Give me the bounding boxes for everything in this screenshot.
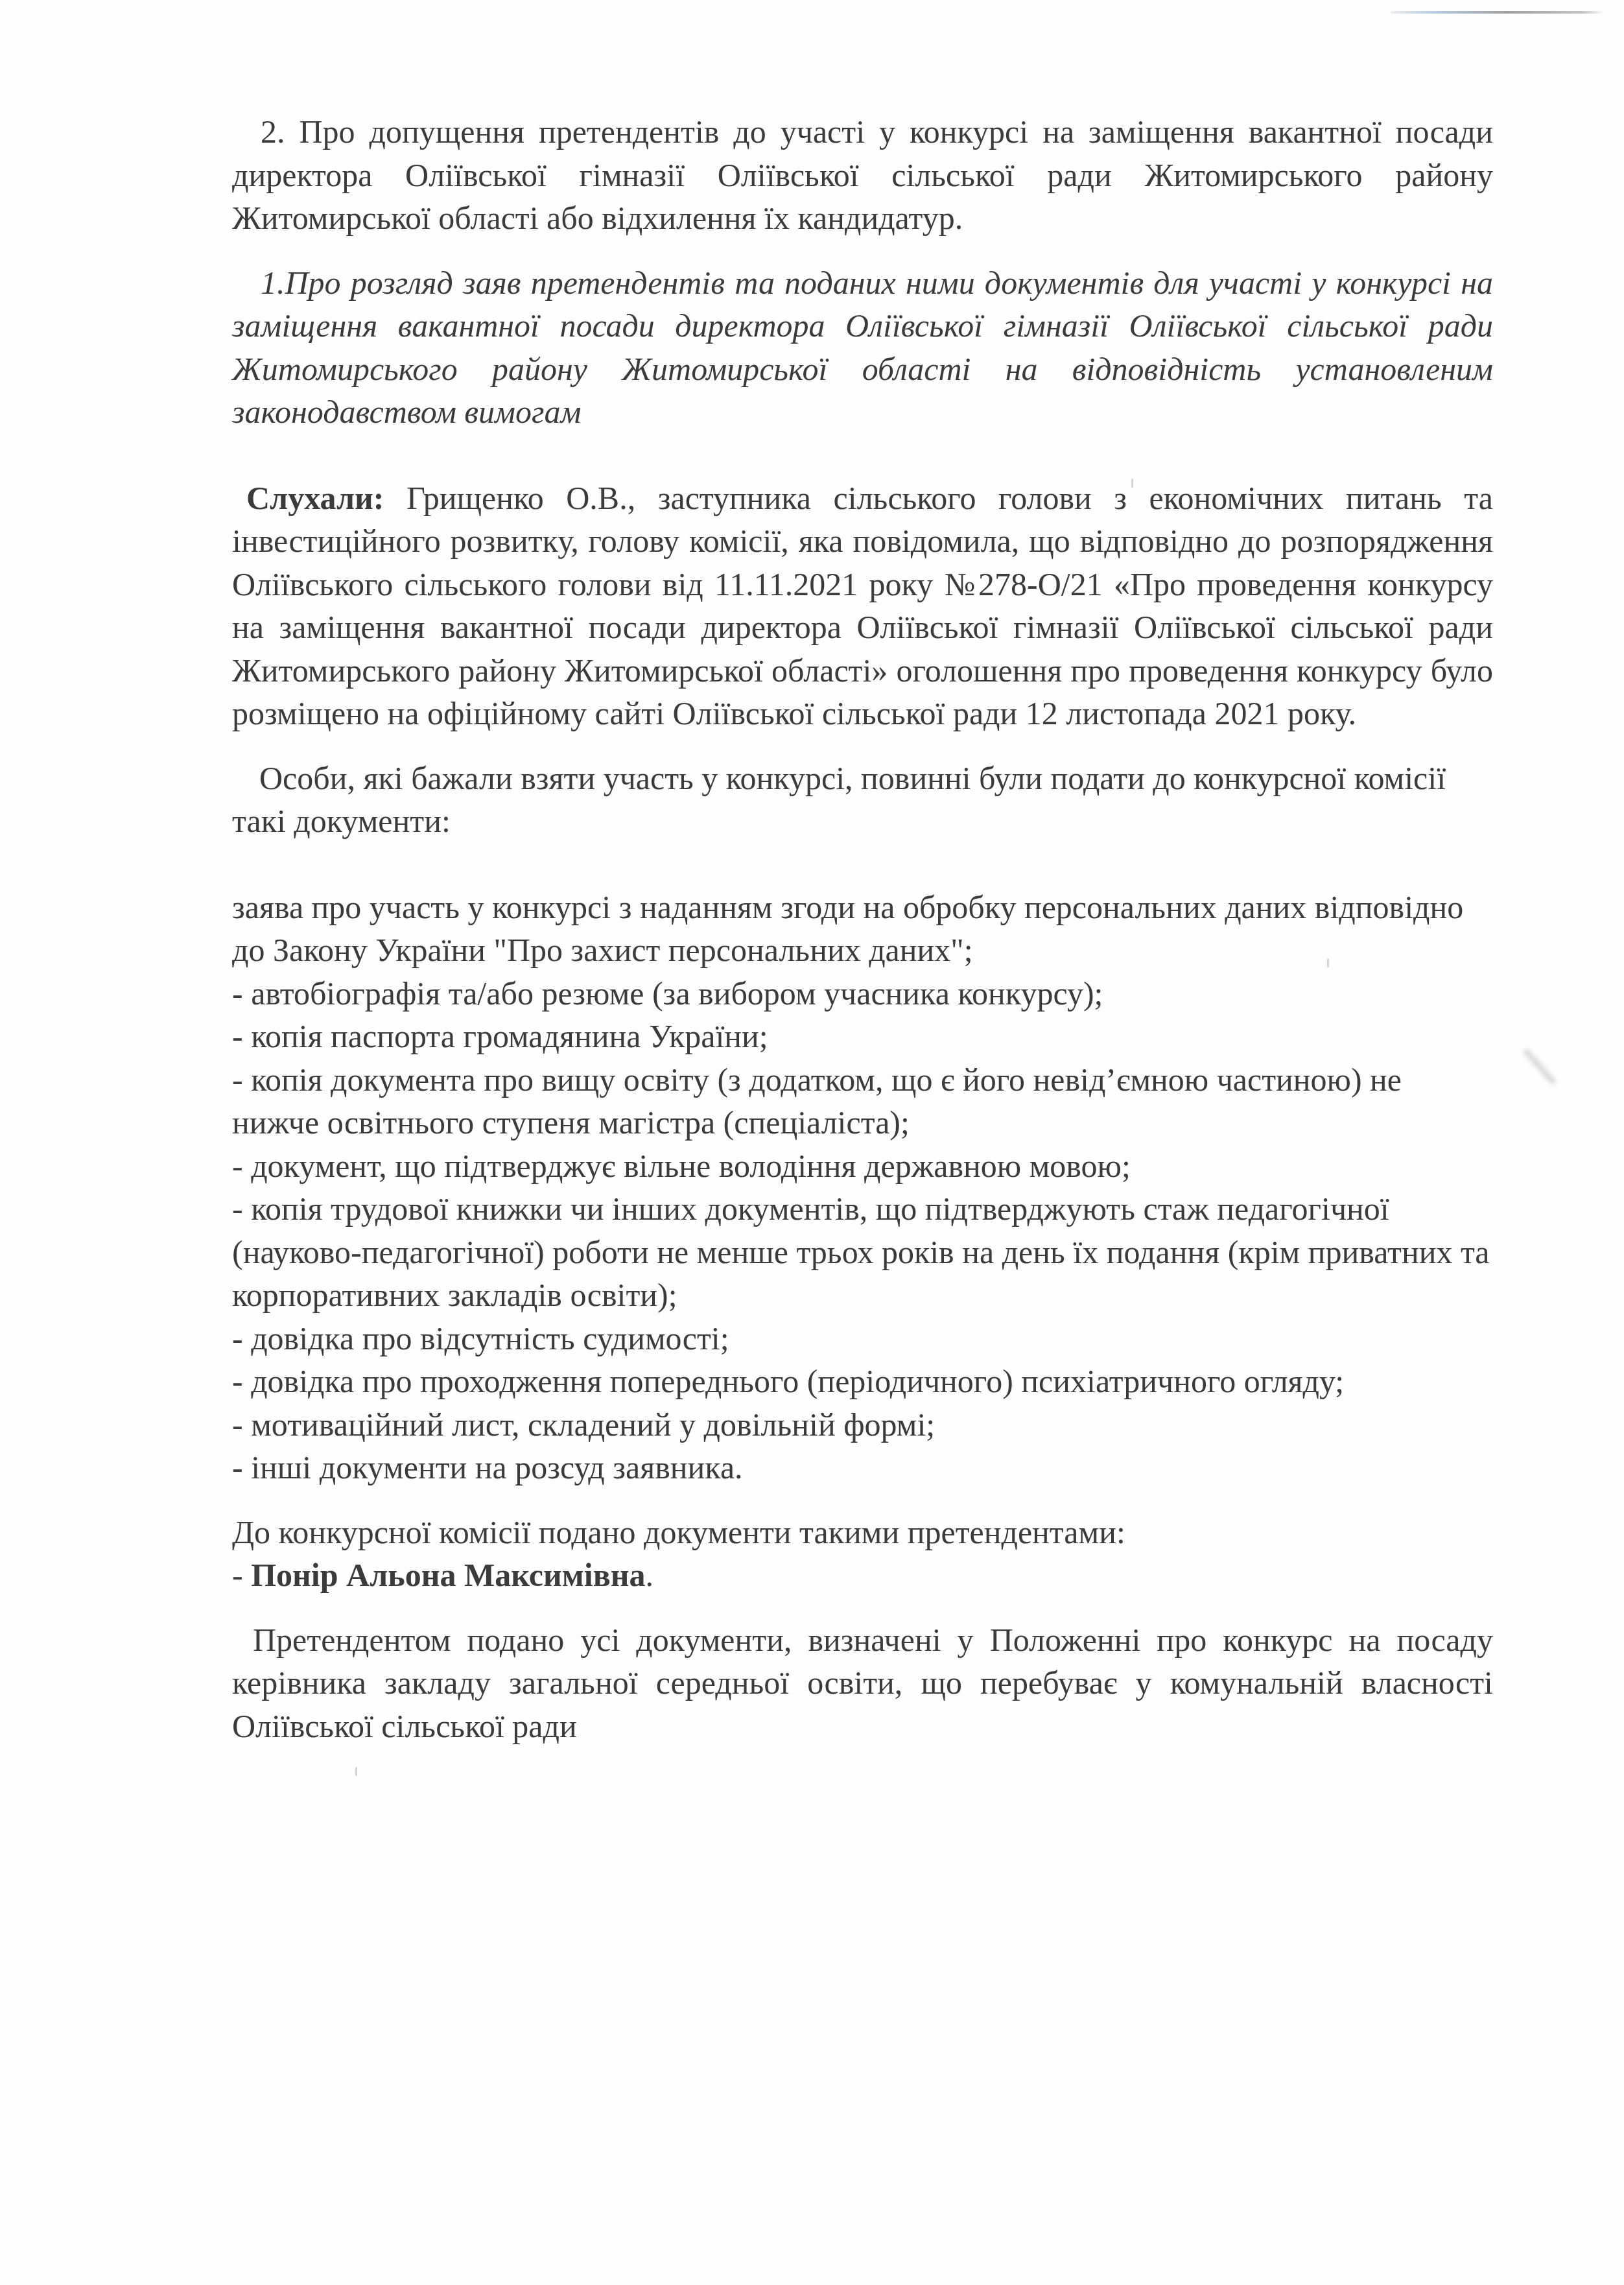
- requirement-item: - довідка про відсутність судимості;: [232, 1317, 1493, 1360]
- applicants-intro: До конкурсної комісії подано документи т…: [232, 1511, 1493, 1554]
- scan-artifact-smudge: [1522, 1048, 1557, 1086]
- spacer: [232, 735, 1493, 757]
- spacer: [232, 434, 1493, 477]
- requirement-item: - копія трудової книжки чи інших докумен…: [232, 1187, 1493, 1317]
- requirement-item: - мотиваційний лист, складений у довільн…: [232, 1403, 1493, 1447]
- requirement-item: - документ, що підтверджує вільне володі…: [232, 1144, 1493, 1188]
- document-body: 2. Про допущення претендентів до участі …: [232, 110, 1493, 1747]
- scan-artifact-line: [1391, 11, 1605, 14]
- agenda-item-1: 1.Про розгляд заяв претендентів та подан…: [232, 261, 1493, 434]
- spacer: [232, 1489, 1493, 1511]
- conclusion-paragraph: Претендентом подано усі документи, визна…: [232, 1618, 1493, 1748]
- heard-paragraph: Слухали: Грищенко О.В., заступника сільс…: [232, 477, 1493, 735]
- agenda-item-2: 2. Про допущення претендентів до участі …: [232, 110, 1493, 240]
- heard-label: Слухали:: [246, 480, 384, 516]
- spacer: [232, 240, 1493, 261]
- applicant-item: - Понір Альона Максимівна.: [232, 1554, 1493, 1597]
- requirement-item: - копія документа про вищу освіту (з дод…: [232, 1058, 1493, 1144]
- applicant-prefix: -: [232, 1557, 251, 1593]
- scan-artifact-dot: [355, 1767, 357, 1776]
- requirements-list: заява про участь у конкурсі з наданням з…: [232, 886, 1493, 1489]
- requirements-intro: Особи, які бажали взяти участь у конкурс…: [232, 757, 1493, 843]
- requirement-item: заява про участь у конкурсі з наданням з…: [232, 886, 1493, 972]
- requirement-item: - копія паспорта громадянина України;: [232, 1015, 1493, 1058]
- heard-text: Грищенко О.В., заступника сільського гол…: [232, 480, 1493, 732]
- requirement-item: - інші документи на розсуд заявника.: [232, 1446, 1493, 1489]
- spacer: [232, 1597, 1493, 1618]
- applicant-name: Понір Альона Максимівна: [251, 1557, 645, 1593]
- spacer: [232, 843, 1493, 886]
- requirement-item: - автобіографія та/або резюме (за виборо…: [232, 972, 1493, 1015]
- requirement-item: - довідка про проходження попереднього (…: [232, 1360, 1493, 1403]
- applicant-suffix: .: [645, 1557, 653, 1593]
- scanned-page: 2. Про допущення претендентів до участі …: [0, 0, 1624, 2285]
